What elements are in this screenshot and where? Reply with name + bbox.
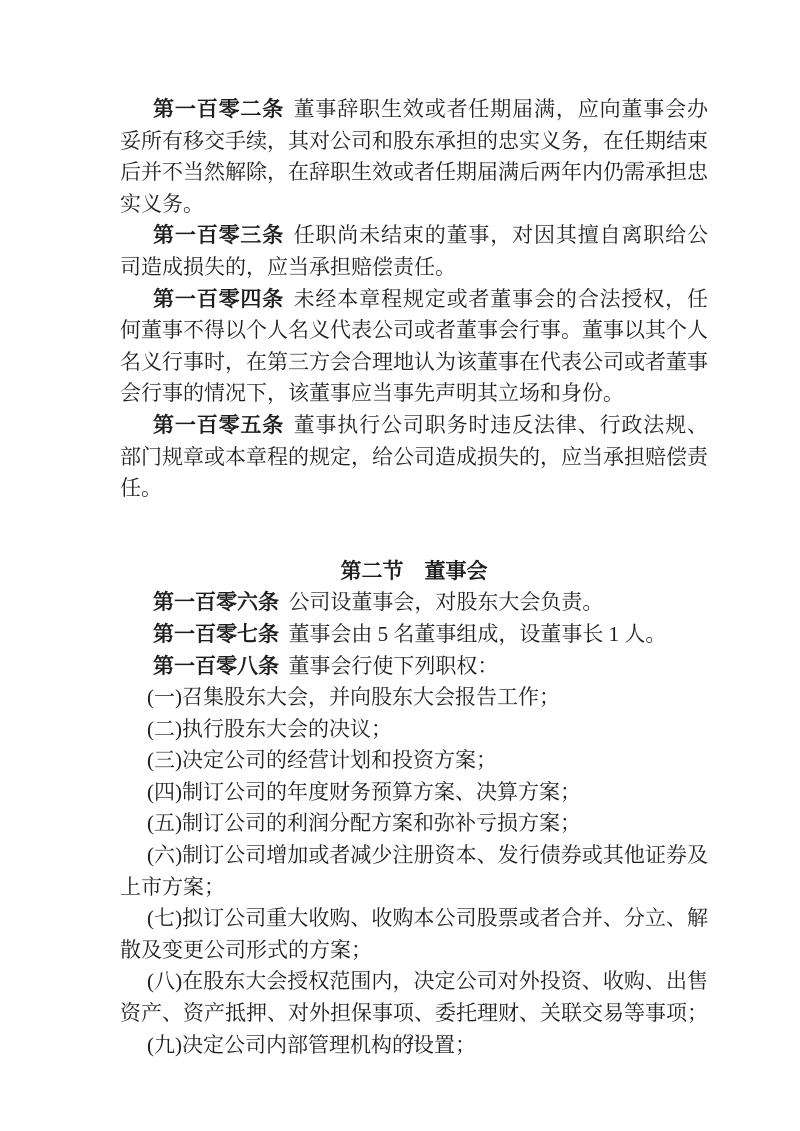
power-item-7: (七)拟订公司重大收购、收购本公司股票或者合并、分立、解散及变更公司形式的方案； — [120, 903, 708, 966]
article-number: 第一百零六条 — [153, 590, 279, 614]
power-item-5: (五)制订公司的利润分配方案和弥补亏损方案； — [120, 808, 708, 840]
power-item-2: (二)执行股东大会的决议； — [120, 714, 708, 746]
article-paragraph-106: 第一百零六条公司设董事会，对股东大会负责。 — [120, 587, 708, 619]
article-paragraph-102: 第一百零二条董事辞职生效或者任期届满，应向董事会办妥所有移交手续，其对公司和股东… — [120, 94, 708, 220]
power-item-3: (三)决定公司的经营计划和投资方案； — [120, 745, 708, 777]
article-number: 第一百零五条 — [153, 413, 284, 437]
power-item-1: (一)召集股东大会，并向股东大会报告工作； — [120, 682, 708, 714]
document-page: 第一百零二条董事辞职生效或者任期届满，应向董事会办妥所有移交手续，其对公司和股东… — [0, 0, 800, 1131]
article-paragraph-105: 第一百零五条董事执行公司职务时违反法律、行政法规、部门规章或本章程的规定，给公司… — [120, 410, 708, 505]
article-text: 公司设董事会，对股东大会负责。 — [288, 590, 603, 614]
article-paragraph-107: 第一百零七条董事会由 5 名董事组成，设董事长 1 人。 — [120, 619, 708, 651]
article-paragraph-104: 第一百零四条未经本章程规定或者董事会的合法授权，任何董事不得以个人名义代表公司或… — [120, 284, 708, 410]
section-heading: 第二节 董事会 — [120, 556, 708, 588]
article-number: 第一百零四条 — [153, 287, 284, 311]
document-body: 第一百零二条董事辞职生效或者任期届满，应向董事会办妥所有移交手续，其对公司和股东… — [120, 94, 708, 1061]
article-paragraph-103: 第一百零三条任职尚未结束的董事，对因其擅自离职给公司造成损失的，应当承担赔偿责任… — [120, 220, 708, 283]
power-item-8: (八)在股东大会授权范围内，决定公司对外投资、收购、出售资产、资产抵押、对外担保… — [120, 966, 708, 1029]
article-number: 第一百零二条 — [153, 97, 284, 121]
page-number: 21 — [120, 1030, 708, 1050]
power-item-4: (四)制订公司的年度财务预算方案、决算方案； — [120, 777, 708, 809]
article-number: 第一百零三条 — [153, 223, 284, 247]
article-text: 董事会行使下列职权： — [288, 654, 498, 678]
article-number: 第一百零七条 — [153, 622, 279, 646]
power-item-6: (六)制订公司增加或者减少注册资本、发行债券或其他证券及上市方案； — [120, 840, 708, 903]
article-number: 第一百零八条 — [153, 654, 279, 678]
article-paragraph-108: 第一百零八条董事会行使下列职权： — [120, 651, 708, 683]
article-text: 董事会由 5 名董事组成，设董事长 1 人。 — [288, 622, 666, 646]
